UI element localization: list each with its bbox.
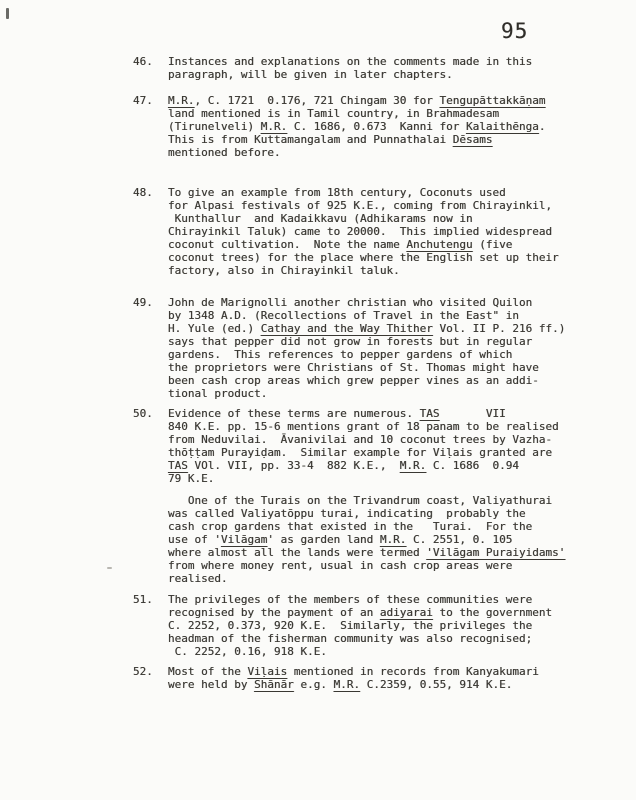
note-number: 51.: [133, 593, 168, 606]
text-segment: Vol. II P. 216 ff.): [433, 322, 565, 335]
note-body: John de Marignolli another christian who…: [168, 296, 603, 400]
note-line: Chirayinkil Taluk) came to 20000. This i…: [168, 225, 603, 238]
text-segment: To give an example from 18th century, Co…: [168, 186, 506, 199]
note-line: 840 K.E. pp. 15-6 mentions grant of 18 p…: [168, 420, 603, 433]
note-line: TAS VOl. VII, pp. 33-4 882 K.E., M.R. C.…: [168, 459, 603, 472]
note-line: says that pepper did not grow in forests…: [168, 335, 603, 348]
scan-artifact-mark: [6, 8, 9, 19]
text-segment: Chirayinkil Taluk) came to 20000. This i…: [168, 225, 552, 238]
text-segment: from where money rent, usual in cash cro…: [168, 559, 512, 572]
note-line: were held by Shānār e.g. M.R. C.2359, 0.…: [168, 678, 603, 691]
note-line: Instances and explanations on the commen…: [168, 55, 603, 68]
underlined-term: 'Vilāgam Puraiyidams': [426, 546, 565, 559]
note-paragraph: M.R., C. 1721 0.176, 721 Chingam 30 for …: [168, 94, 603, 159]
note-line: paragraph, will be given in later chapte…: [168, 68, 603, 81]
note-number: 46.: [133, 55, 168, 68]
underlined-term: M.R.: [334, 678, 361, 691]
underlined-term: TAS: [420, 407, 440, 420]
text-segment: mentioned before.: [168, 146, 281, 159]
note-paragraph: The privileges of the members of these c…: [168, 593, 603, 658]
text-segment: Most of the: [168, 665, 247, 678]
note-line: by 1348 A.D. (Recollections of Travel in…: [168, 309, 603, 322]
note-line: the proprietors were Christians of St. T…: [168, 361, 603, 374]
underlined-term: M.R.: [380, 533, 407, 546]
text-segment: The privileges of the members of these c…: [168, 593, 532, 606]
text-segment: by 1348 A.D. (Recollections of Travel in…: [168, 309, 519, 322]
text-segment: .: [539, 120, 546, 133]
note-number: 49.: [133, 296, 168, 309]
scanned-document-page: 95 46.Instances and explanations on the …: [0, 0, 636, 800]
text-segment: C. 1686, 0.673 Kanni for: [287, 120, 466, 133]
note-paragraph: Evidence of these terms are numerous. TA…: [168, 407, 603, 485]
note-line: Most of the Viḷais mentioned in records …: [168, 665, 603, 678]
underlined-term: Cathay and the Way Thither: [261, 322, 433, 335]
note-line: H. Yule (ed.) Cathay and the Way Thither…: [168, 322, 603, 335]
note-line: tional product.: [168, 387, 603, 400]
text-segment: mentioned in records from Kanyakumari: [287, 665, 539, 678]
note-line: from where money rent, usual in cash cro…: [168, 559, 603, 572]
underlined-term: Kalaithēnga: [466, 120, 539, 133]
text-segment: 79 K.E.: [168, 472, 214, 485]
text-segment: Evidence of these terms are numerous.: [168, 407, 420, 420]
note-item: 51.The privileges of the members of thes…: [133, 593, 603, 658]
text-segment: coconut cultivation. Note the name: [168, 238, 406, 251]
text-segment: the proprietors were Christians of St. T…: [168, 361, 539, 374]
text-segment: where almost all the lands were termed: [168, 546, 426, 559]
underlined-term: Tengupāttakkāṇam: [440, 94, 546, 107]
text-segment: says that pepper did not grow in forests…: [168, 335, 532, 348]
note-number: 48.: [133, 186, 168, 199]
underlined-term: Viḷais: [247, 665, 287, 678]
text-segment: John de Marignolli another christian who…: [168, 296, 532, 309]
text-segment: ' as garden land: [267, 533, 380, 546]
note-body: To give an example from 18th century, Co…: [168, 186, 603, 277]
text-segment: been cash crop areas which grew pepper v…: [168, 374, 539, 387]
note-line: John de Marignolli another christian who…: [168, 296, 603, 309]
note-line: been cash crop areas which grew pepper v…: [168, 374, 603, 387]
note-line: land mentioned is in Tamil country, in B…: [168, 107, 603, 120]
note-item: 50.Evidence of these terms are numerous.…: [133, 407, 603, 585]
text-segment: C. 1686 0.94: [426, 459, 519, 472]
text-segment: use of ': [168, 533, 221, 546]
note-line: was called Valiyatōppu turai, indicating…: [168, 507, 603, 520]
text-segment: gardens. This references to pepper garde…: [168, 348, 512, 361]
text-segment: Instances and explanations on the commen…: [168, 55, 532, 68]
note-number: 52.: [133, 665, 168, 678]
text-segment: were held by: [168, 678, 254, 691]
underlined-term: M.R.: [261, 120, 288, 133]
note-line: cash crop gardens that existed in the Tu…: [168, 520, 603, 533]
note-line: for Alpasi festivals of 925 K.E., coming…: [168, 199, 603, 212]
note-line: mentioned before.: [168, 146, 603, 159]
note-item: 46.Instances and explanations on the com…: [133, 55, 603, 81]
note-line: gardens. This references to pepper garde…: [168, 348, 603, 361]
note-number: 50.: [133, 407, 168, 420]
note-line: Evidence of these terms are numerous. TA…: [168, 407, 603, 420]
note-line: One of the Turais on the Trivandrum coas…: [168, 494, 603, 507]
note-paragraph: One of the Turais on the Trivandrum coas…: [168, 494, 603, 585]
text-segment: factory, also in Chirayinkil taluk.: [168, 264, 400, 277]
text-segment: was called Valiyatōppu turai, indicating…: [168, 507, 526, 520]
text-segment: e.g.: [294, 678, 334, 691]
underlined-term: Anchutengu: [406, 238, 472, 251]
underlined-term: Shānār: [254, 678, 294, 691]
text-segment: H. Yule (ed.): [168, 322, 261, 335]
note-body: M.R., C. 1721 0.176, 721 Chingam 30 for …: [168, 94, 603, 159]
note-line: where almost all the lands were termed '…: [168, 546, 603, 559]
note-paragraph: To give an example from 18th century, Co…: [168, 186, 603, 277]
note-line: M.R., C. 1721 0.176, 721 Chingam 30 for …: [168, 94, 603, 107]
note-number: 47.: [133, 94, 168, 107]
text-segment: coconut trees) for the place where the E…: [168, 251, 559, 264]
text-segment: thōṭṭam Purayiḍam. Similar example for V…: [168, 446, 552, 459]
underlined-term: M.R.: [168, 94, 195, 107]
text-segment: for Alpasi festivals of 925 K.E., coming…: [168, 199, 552, 212]
text-segment: VOl. VII, pp. 33-4 882 K.E.,: [188, 459, 400, 472]
underlined-term: adiyarai: [380, 606, 433, 619]
underlined-term: Vilāgam: [221, 533, 267, 546]
note-item: 48.To give an example from 18th century,…: [133, 186, 603, 277]
note-line: from Neduvilai. Āvanivilai and 10 coconu…: [168, 433, 603, 446]
note-item: 47.M.R., C. 1721 0.176, 721 Chingam 30 f…: [133, 94, 603, 159]
text-segment: , C. 1721 0.176, 721 Chingam 30 for: [195, 94, 440, 107]
note-line: thōṭṭam Purayiḍam. Similar example for V…: [168, 446, 603, 459]
note-paragraph: John de Marignolli another christian who…: [168, 296, 603, 400]
note-line: recognised by the payment of an adiyarai…: [168, 606, 603, 619]
notes-list: 46.Instances and explanations on the com…: [133, 55, 603, 691]
note-item: 52.Most of the Viḷais mentioned in recor…: [133, 665, 603, 691]
text-segment: C. 2252, 0.373, 920 K.E. Similarly, the …: [168, 619, 532, 632]
page-number: 95: [501, 18, 528, 44]
text-segment: recognised by the payment of an: [168, 606, 380, 619]
text-segment: (five: [473, 238, 513, 251]
underlined-term: TAS: [168, 459, 188, 472]
text-segment: tional product.: [168, 387, 267, 400]
note-line: coconut cultivation. Note the name Anchu…: [168, 238, 603, 251]
note-line: 79 K.E.: [168, 472, 603, 485]
text-segment: headman of the fisherman community was a…: [168, 632, 532, 645]
scan-artifact-smudge: [107, 567, 112, 569]
note-line: To give an example from 18th century, Co…: [168, 186, 603, 199]
text-segment: (Tirunelveli): [168, 120, 261, 133]
text-segment: from Neduvilai. Āvanivilai and 10 coconu…: [168, 433, 552, 446]
note-paragraph: Instances and explanations on the commen…: [168, 55, 603, 81]
text-segment: paragraph, will be given in later chapte…: [168, 68, 453, 81]
text-segment: One of the Turais on the Trivandrum coas…: [168, 494, 552, 507]
note-body: The privileges of the members of these c…: [168, 593, 603, 658]
note-body: Evidence of these terms are numerous. TA…: [168, 407, 603, 585]
underlined-term: M.R.: [400, 459, 427, 472]
text-segment: Kunthallur and Kadaikkavu (Adhikarams no…: [168, 212, 473, 225]
note-line: Kunthallur and Kadaikkavu (Adhikarams no…: [168, 212, 603, 225]
note-line: factory, also in Chirayinkil taluk.: [168, 264, 603, 277]
text-segment: to the government: [433, 606, 552, 619]
text-segment: C.2359, 0.55, 914 K.E.: [360, 678, 512, 691]
text-segment: C. 2551, 0. 105: [406, 533, 512, 546]
note-body: Instances and explanations on the commen…: [168, 55, 603, 81]
note-line: use of 'Vilāgam' as garden land M.R. C. …: [168, 533, 603, 546]
text-segment: cash crop gardens that existed in the Tu…: [168, 520, 532, 533]
note-line: C. 2252, 0.16, 918 K.E.: [168, 645, 603, 658]
underlined-term: Dēsams: [453, 133, 493, 146]
text-segment: VII: [440, 407, 506, 420]
text-segment: realised.: [168, 572, 228, 585]
text-segment: C. 2252, 0.16, 918 K.E.: [168, 645, 327, 658]
text-segment: This is from Kuttamangalam and Punnathal…: [168, 133, 453, 146]
note-line: (Tirunelveli) M.R. C. 1686, 0.673 Kanni …: [168, 120, 603, 133]
note-item: 49.John de Marignolli another christian …: [133, 296, 603, 400]
note-line: The privileges of the members of these c…: [168, 593, 603, 606]
note-line: headman of the fisherman community was a…: [168, 632, 603, 645]
note-body: Most of the Viḷais mentioned in records …: [168, 665, 603, 691]
text-segment: land mentioned is in Tamil country, in B…: [168, 107, 499, 120]
text-segment: 840 K.E. pp. 15-6 mentions grant of 18 p…: [168, 420, 559, 433]
note-line: This is from Kuttamangalam and Punnathal…: [168, 133, 603, 146]
note-paragraph: Most of the Viḷais mentioned in records …: [168, 665, 603, 691]
note-line: realised.: [168, 572, 603, 585]
note-line: C. 2252, 0.373, 920 K.E. Similarly, the …: [168, 619, 603, 632]
note-line: coconut trees) for the place where the E…: [168, 251, 603, 264]
